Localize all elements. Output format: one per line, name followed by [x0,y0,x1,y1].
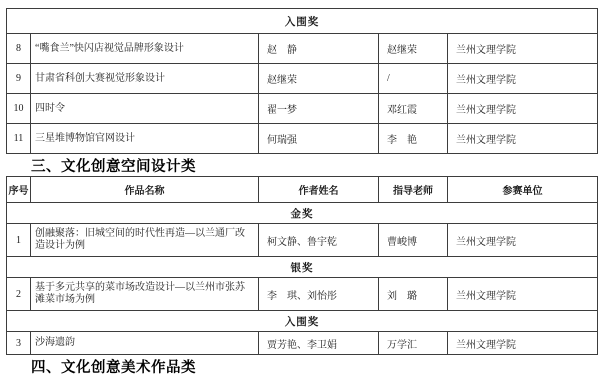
organization-cell: 兰州文理学院 [448,278,598,311]
table-row: 9 甘肃省科创大赛视觉形象设计 赵继荣 / 兰州文理学院 [7,64,598,94]
author-cell: 柯文静、鲁宇乾 [259,224,379,257]
table-row: 1 创融聚落：旧城空间的时代性再造—以兰通厂改造设计为例 柯文静、鲁宇乾 曹峻博… [7,224,598,257]
author-cell: 赵继荣 [259,64,379,94]
row-number-cell: 10 [7,94,31,124]
awards-document-page: 入围奖 8 “嘴食兰”快闪店视觉品牌形象设计 赵 静 赵继荣 兰州文理学院 9 … [0,0,599,376]
teacher-cell: 李 艳 [379,124,448,154]
award-band-label: 入围奖 [7,9,598,34]
author-cell: 李 琪、刘怡彤 [259,278,379,311]
teacher-cell: 曹峻博 [379,224,448,257]
table-header-row: 序号 作品名称 作者姓名 指导老师 参赛单位 [7,177,598,203]
teacher-cell: 邓红霞 [379,94,448,124]
header-author: 作者姓名 [259,177,379,203]
teacher-cell: / [379,64,448,94]
row-number-cell: 11 [7,124,31,154]
author-cell: 贾芳艳、李卫娟 [259,332,379,355]
award-band-label: 金奖 [7,203,598,224]
table-row: 11 三星堆博物馆官网设计 何瑞强 李 艳 兰州文理学院 [7,124,598,154]
row-number-cell: 1 [7,224,31,257]
row-number-cell: 2 [7,278,31,311]
work-title-cell: 甘肃省科创大赛视觉形象设计 [31,64,259,94]
teacher-cell: 万学汇 [379,332,448,355]
author-cell: 何瑞强 [259,124,379,154]
section-heading-art-works: 四、文化创意美术作品类 [31,356,196,376]
organization-cell: 兰州文理学院 [448,224,598,257]
organization-cell: 兰州文理学院 [448,332,598,355]
award-band-row: 入围奖 [7,311,598,332]
organization-cell: 兰州文理学院 [448,124,598,154]
organization-cell: 兰州文理学院 [448,94,598,124]
header-organization: 参赛单位 [448,177,598,203]
work-title-cell: 创融聚落：旧城空间的时代性再造—以兰通厂改造设计为例 [31,224,259,257]
work-title-cell: 四时令 [31,94,259,124]
award-band-label: 银奖 [7,257,598,278]
award-band-row: 金奖 [7,203,598,224]
header-teacher: 指导老师 [379,177,448,203]
space-design-awards-table: 序号 作品名称 作者姓名 指导老师 参赛单位 金奖 1 创融聚落：旧城空间的时代… [6,176,598,355]
work-title-cell: 基于多元共享的菜市场改造设计—以兰州市张苏滩菜市场为例 [31,278,259,311]
work-title-cell: 沙海遗韵 [31,332,259,355]
header-work-title: 作品名称 [31,177,259,203]
table-row: 8 “嘴食兰”快闪店视觉品牌形象设计 赵 静 赵继荣 兰州文理学院 [7,34,598,64]
award-band-row: 入围奖 [7,9,598,34]
organization-cell: 兰州文理学院 [448,64,598,94]
row-number-cell: 3 [7,332,31,355]
section-heading-space-design: 三、文化创意空间设计类 [31,155,196,176]
table-row: 3 沙海遗韵 贾芳艳、李卫娟 万学汇 兰州文理学院 [7,332,598,355]
row-number-cell: 9 [7,64,31,94]
design-awards-table-continuation: 入围奖 8 “嘴食兰”快闪店视觉品牌形象设计 赵 静 赵继荣 兰州文理学院 9 … [6,8,598,154]
work-title-cell: 三星堆博物馆官网设计 [31,124,259,154]
organization-cell: 兰州文理学院 [448,34,598,64]
award-band-row: 银奖 [7,257,598,278]
author-cell: 赵 静 [259,34,379,64]
header-number: 序号 [7,177,31,203]
table-row: 2 基于多元共享的菜市场改造设计—以兰州市张苏滩菜市场为例 李 琪、刘怡彤 刘 … [7,278,598,311]
work-title-cell: “嘴食兰”快闪店视觉品牌形象设计 [31,34,259,64]
teacher-cell: 刘 璐 [379,278,448,311]
row-number-cell: 8 [7,34,31,64]
teacher-cell: 赵继荣 [379,34,448,64]
author-cell: 翟一梦 [259,94,379,124]
award-band-label: 入围奖 [7,311,598,332]
table-row: 10 四时令 翟一梦 邓红霞 兰州文理学院 [7,94,598,124]
